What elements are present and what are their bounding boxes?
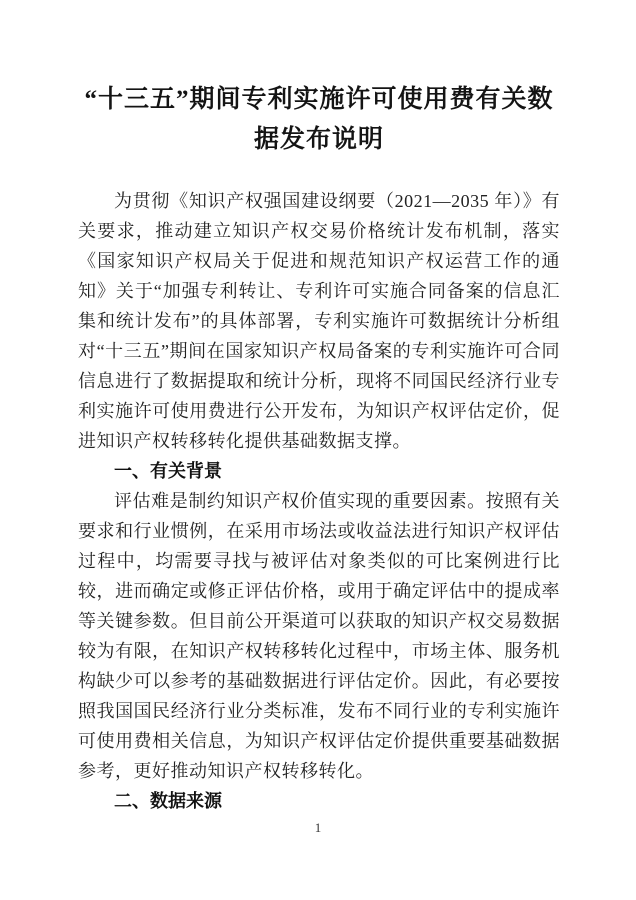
section-heading-data-source: 二、数据来源 xyxy=(78,786,560,816)
section-heading-background: 一、有关背景 xyxy=(78,456,560,486)
document-page: “十三五”期间专利实施许可使用费有关数据发布说明 为贯彻《知识产权强国建设纲要（… xyxy=(0,0,636,900)
document-body: 为贯彻《知识产权强国建设纲要（2021—2035 年）》有关要求，推动建立知识产… xyxy=(78,186,560,816)
paragraph-intro: 为贯彻《知识产权强国建设纲要（2021—2035 年）》有关要求，推动建立知识产… xyxy=(78,186,560,456)
paragraph-background: 评估难是制约知识产权价值实现的重要因素。按照有关要求和行业惯例，在采用市场法或收… xyxy=(78,486,560,786)
page-number: 1 xyxy=(0,820,636,836)
document-title: “十三五”期间专利实施许可使用费有关数据发布说明 xyxy=(84,80,554,160)
